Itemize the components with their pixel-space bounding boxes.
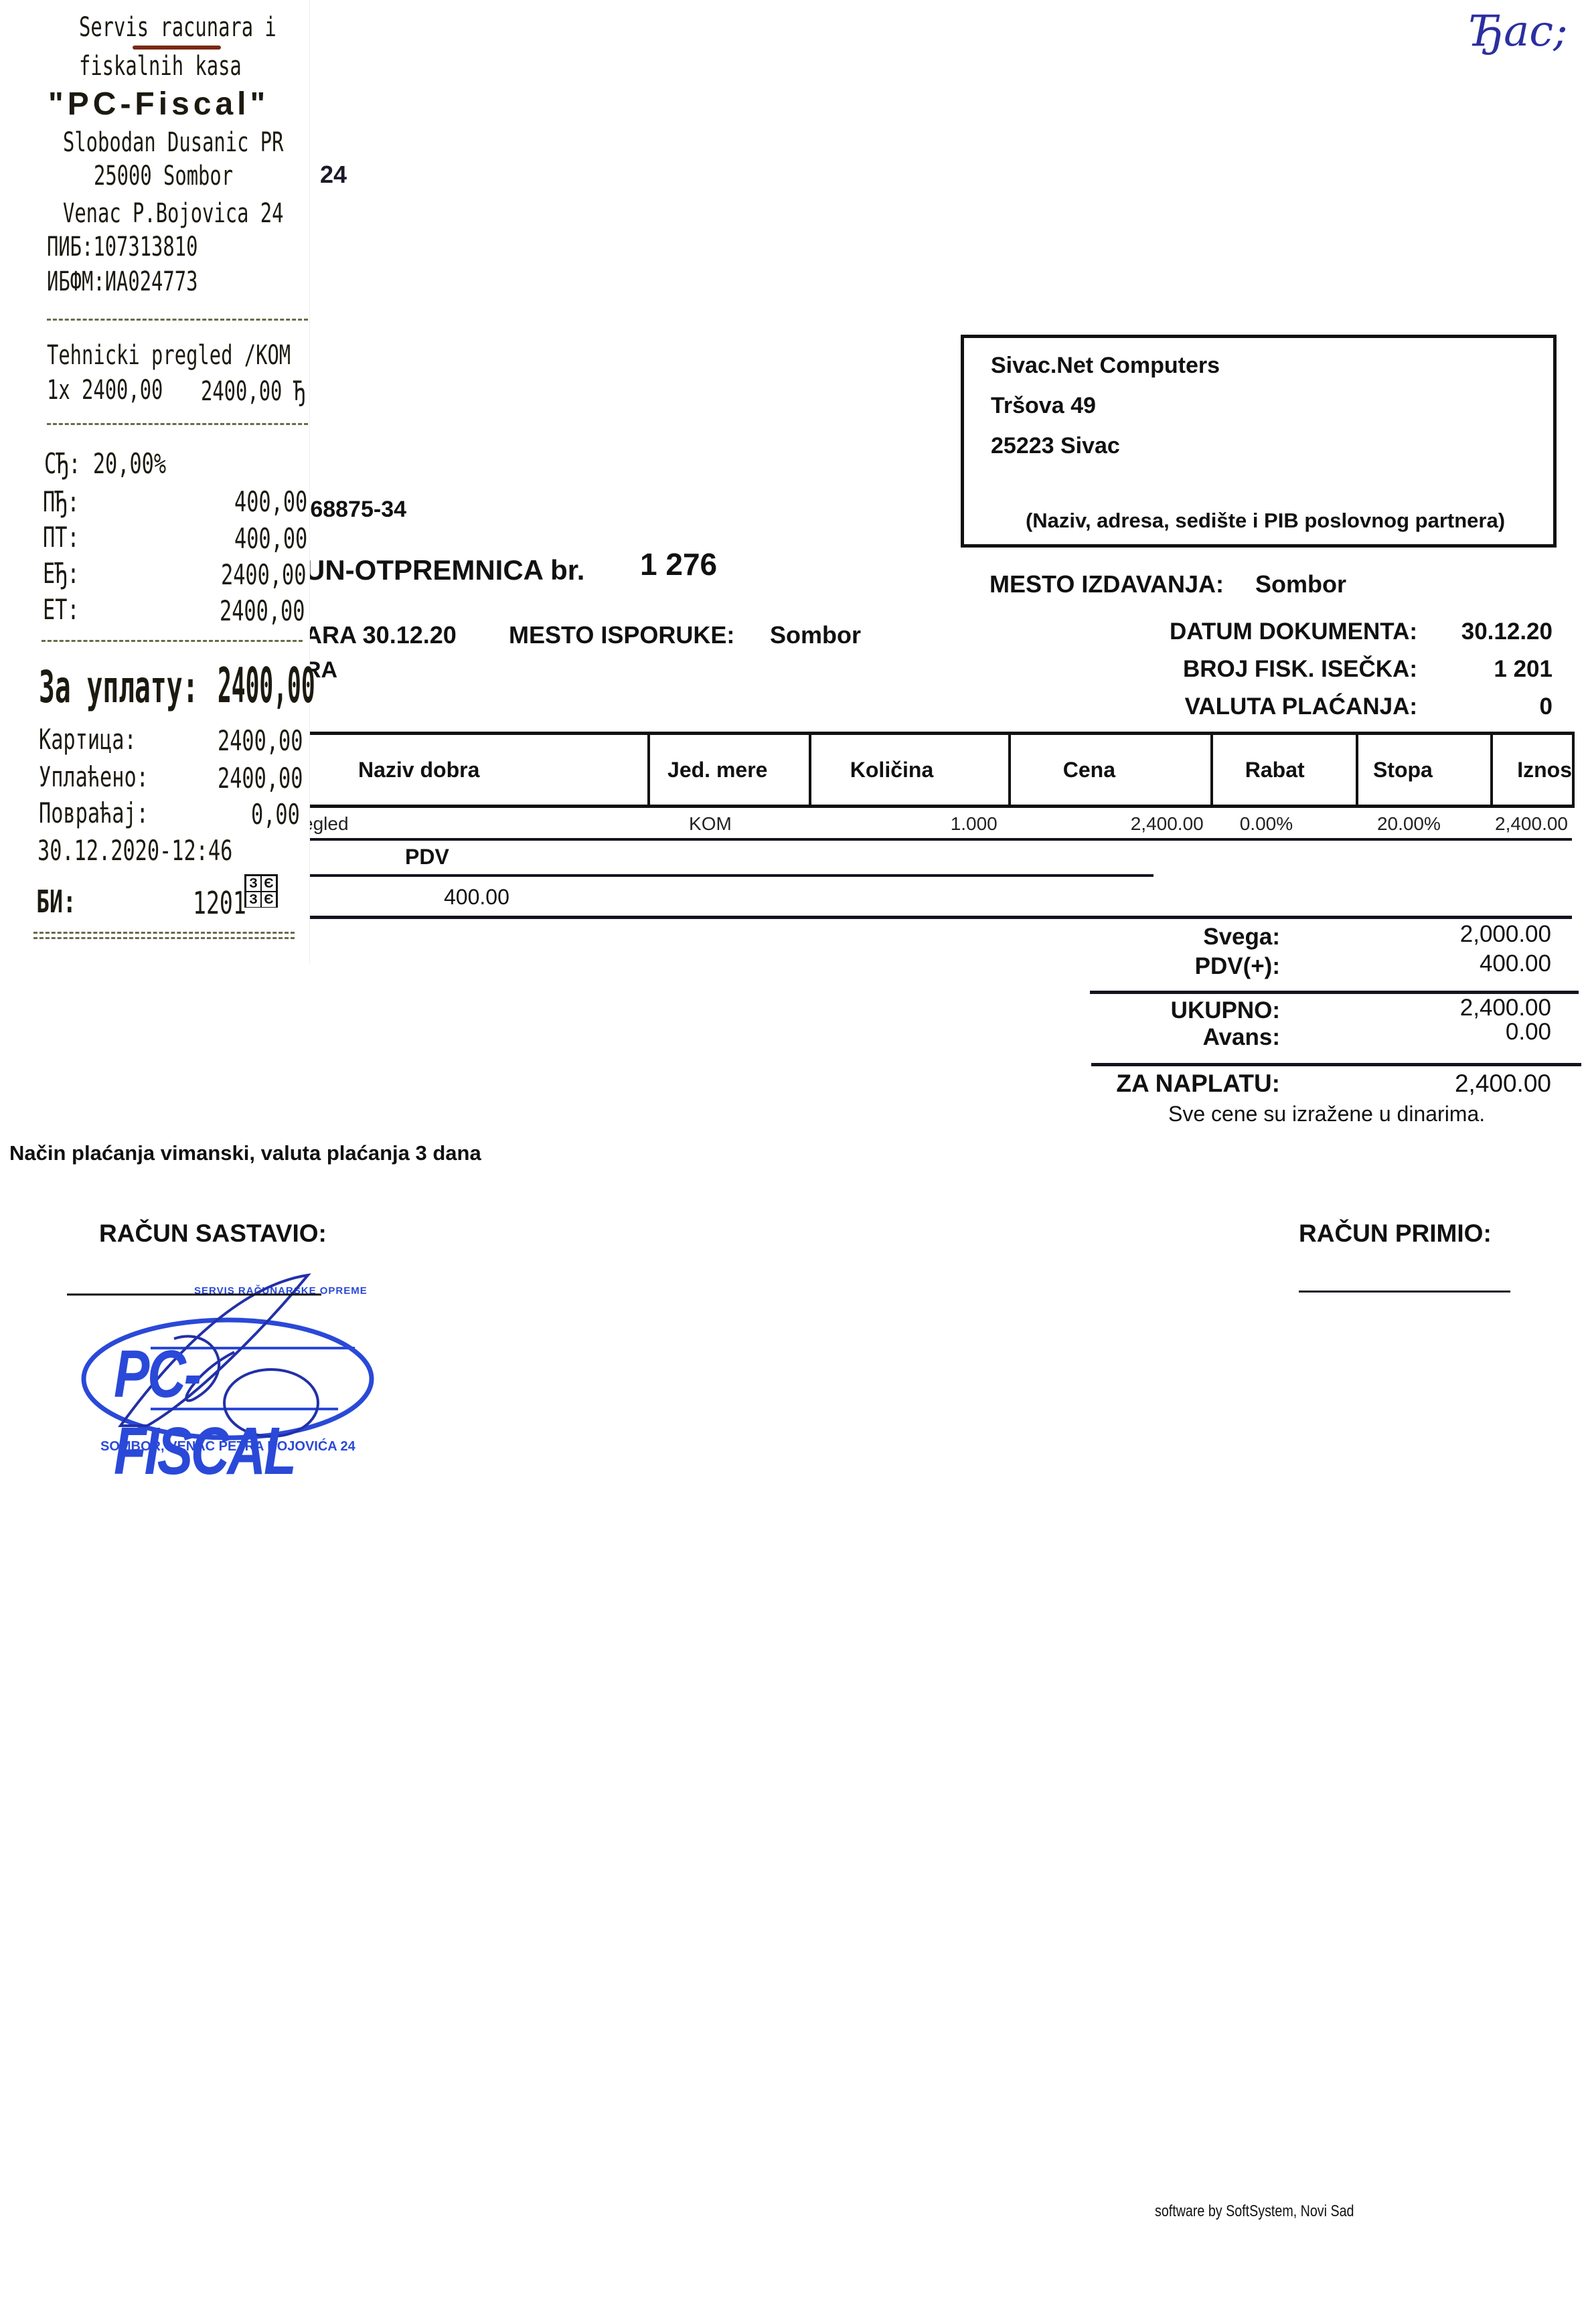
meta-label-valuta: VALUTA PLAĆANJA: bbox=[1185, 693, 1417, 720]
fiscal-receipt: Servis racunara i fiskalnih kasa "PC-Fis… bbox=[0, 0, 310, 964]
qr-glyph: З bbox=[246, 876, 260, 891]
receipt-change-value: 0,00 bbox=[251, 798, 300, 831]
receipt-change-label: Повраћај: bbox=[39, 797, 149, 829]
partner-box-caption: (Naziv, adresa, sedište i PIB poslovnog … bbox=[991, 509, 1540, 533]
col-stopa: Stopa bbox=[1357, 734, 1492, 807]
partner-name: Sivac.Net Computers bbox=[991, 353, 1220, 379]
partner-box: Sivac.Net Computers Tršova 49 25223 Siva… bbox=[961, 335, 1557, 548]
receipt-card-value: 2400,00 bbox=[218, 724, 303, 757]
delivery-place-label: MESTO ISPORUKE: bbox=[509, 621, 734, 649]
meta-label-fisk: BROJ FISK. ISEČKA: bbox=[1183, 656, 1417, 683]
receipt-red-underline bbox=[133, 46, 221, 50]
items-table-header: Naziv dobra Jed. mere Količina Cena Raba… bbox=[295, 734, 1573, 807]
receipt-tax-value-pt: 400,00 bbox=[234, 522, 307, 555]
issuer-partial-number: 24 bbox=[320, 161, 347, 189]
currency-note: Sve cene su izražene u dinarima. bbox=[1168, 1102, 1485, 1127]
total-label-ukupno: UKUPNO: bbox=[1171, 997, 1280, 1024]
table-row: egled KOM 1.000 2,400.00 0.00% 20.00% 2,… bbox=[295, 807, 1573, 841]
qr-glyph: Є bbox=[262, 892, 276, 907]
company-stamp: SERVIS RAČUNARSKE OPREME PC-FISCAL SOMBO… bbox=[40, 1272, 415, 1466]
receipt-item-total: 2400,00 Ђ bbox=[201, 376, 305, 407]
received-by-label: RAČUN PRIMIO: bbox=[1299, 1220, 1492, 1248]
col-cena: Cena bbox=[1010, 734, 1212, 807]
meta-value-valuta: 0 bbox=[1540, 693, 1553, 720]
receipt-item-name: Tehnicki pregled /КОМ bbox=[47, 340, 291, 371]
delivery-date-partial: ARA 30.12.20 bbox=[305, 621, 457, 649]
col-rabat: Rabat bbox=[1212, 734, 1357, 807]
totals-rule-1 bbox=[1090, 991, 1579, 994]
received-by-signature-line bbox=[1299, 1291, 1510, 1293]
cell-name: egled bbox=[295, 807, 649, 841]
receipt-tax-rate: СЂ: 20,00% bbox=[44, 447, 166, 480]
total-value-ukupno: 2,400.00 bbox=[1460, 995, 1551, 1021]
receipt-bi-label: БИ: bbox=[36, 884, 76, 920]
meta-value-date: 30.12.20 bbox=[1461, 618, 1553, 645]
stamp-logo: PC-FISCAL bbox=[114, 1336, 355, 1490]
receipt-bi-value: 1201 bbox=[193, 885, 246, 921]
handwritten-note: Ђаc; bbox=[1470, 7, 1568, 56]
receipt-tax-label-et: ЕТ: bbox=[43, 593, 80, 626]
col-jed-mere: Jed. mere bbox=[649, 734, 810, 807]
total-value-avans: 0.00 bbox=[1506, 1019, 1551, 1046]
receipt-brand: "PC-Fiscal" bbox=[48, 86, 269, 122]
receipt-divider bbox=[47, 319, 308, 321]
cell-amount: 2,400.00 bbox=[1492, 807, 1573, 841]
vat-header-rule bbox=[300, 874, 1154, 877]
stamp-bottom-text: SOMBOR, VENAC PETRA BOJOVIĆA 24 bbox=[100, 1439, 355, 1455]
qr-glyph: З bbox=[246, 892, 260, 907]
payment-note: Način plaćanja vimanski, valuta plaćanja… bbox=[9, 1141, 481, 1165]
issued-by-label: RAČUN SASTAVIO: bbox=[99, 1220, 327, 1248]
receipt-card-label: Картица: bbox=[39, 723, 137, 756]
delivery-place: Sombor bbox=[770, 621, 861, 649]
total-label-svega: Svega: bbox=[1203, 924, 1280, 950]
cell-discount: 0.00% bbox=[1212, 807, 1357, 841]
receipt-header-line-5: 25000 Sombor bbox=[94, 161, 233, 191]
document-title: UN-OTPREMNICA br. bbox=[305, 554, 584, 586]
document-number: 1 276 bbox=[640, 546, 717, 582]
receipt-divider bbox=[42, 640, 303, 642]
meta-value-fisk: 1 201 bbox=[1494, 656, 1553, 683]
totals-rule-2 bbox=[1091, 1063, 1581, 1066]
total-value-pdv: 400.00 bbox=[1480, 950, 1551, 977]
items-table: Naziv dobra Jed. mere Količina Cena Raba… bbox=[295, 732, 1575, 840]
partner-city: 25223 Sivac bbox=[991, 433, 1120, 459]
meta-label-date: DATUM DOKUMENTA: bbox=[1170, 618, 1417, 645]
vat-row-value: 400.00 bbox=[444, 885, 509, 910]
receipt-ibfm: ИБФМ:ИА024773 bbox=[47, 266, 197, 297]
table-bottom-rule bbox=[300, 838, 1572, 841]
issue-place-label: MESTO IZDAVANJA: bbox=[989, 570, 1224, 598]
receipt-pib: ПИБ:107313810 bbox=[47, 232, 197, 262]
receipt-paid-value: 2400,00 bbox=[218, 762, 303, 795]
cell-unit: KOM bbox=[649, 807, 810, 841]
receipt-paid-label: Уплаћено: bbox=[39, 760, 149, 793]
cell-qty: 1.000 bbox=[810, 807, 1010, 841]
partner-street: Tršova 49 bbox=[991, 393, 1096, 419]
software-footer: software by SoftSystem, Novi Sad bbox=[1155, 2202, 1354, 2221]
col-naziv: Naziv dobra bbox=[295, 734, 649, 807]
receipt-qr-code-icon: З Є З Є bbox=[244, 874, 278, 908]
receipt-to-pay-value: 2400,00 bbox=[218, 657, 315, 714]
receipt-header-line-6: Venac P.Bojovica 24 bbox=[63, 198, 283, 229]
receipt-divider bbox=[47, 423, 308, 425]
receipt-tax-value-pb: 400,00 bbox=[234, 485, 307, 518]
total-label-za-naplatu: ZA NAPLATU: bbox=[1116, 1070, 1280, 1098]
receipt-tax-label-pt: ПТ: bbox=[43, 521, 80, 554]
col-kolicina: Količina bbox=[810, 734, 1010, 807]
issue-place: Sombor bbox=[1255, 570, 1346, 598]
total-value-svega: 2,000.00 bbox=[1460, 921, 1551, 948]
receipt-header-line-4: Slobodan Dusanic PR bbox=[63, 127, 283, 158]
receipt-header-line-1: Servis racunara i bbox=[79, 12, 276, 43]
total-label-avans: Avans: bbox=[1203, 1024, 1280, 1051]
receipt-tax-label-pb: ПЂ: bbox=[43, 485, 80, 518]
receipt-divider bbox=[33, 932, 295, 934]
qr-glyph: Є bbox=[262, 876, 276, 891]
receipt-tax-value-eb: 2400,00 bbox=[221, 558, 306, 591]
account-number-partial: )68875-34 bbox=[303, 497, 406, 523]
receipt-tax-label-eb: ЕЂ: bbox=[43, 557, 80, 590]
vat-table-header: PDV bbox=[405, 845, 449, 869]
vat-bottom-rule bbox=[300, 916, 1572, 919]
total-value-za-naplatu: 2,400.00 bbox=[1455, 1070, 1551, 1098]
cell-price: 2,400.00 bbox=[1010, 807, 1212, 841]
receipt-divider bbox=[33, 937, 295, 939]
receipt-tax-value-et: 2400,00 bbox=[220, 594, 305, 627]
cell-rate: 20.00% bbox=[1357, 807, 1492, 841]
col-iznos: Iznos bbox=[1492, 734, 1573, 807]
receipt-header-line-2: fiskalnih kasa bbox=[79, 51, 242, 82]
receipt-datetime: 30.12.2020-12:46 bbox=[37, 834, 232, 867]
total-label-pdv: PDV(+): bbox=[1195, 953, 1280, 980]
receipt-to-pay-label: За уплату: bbox=[39, 661, 198, 713]
receipt-item-qty-price: 1x 2400,00 bbox=[47, 375, 163, 406]
